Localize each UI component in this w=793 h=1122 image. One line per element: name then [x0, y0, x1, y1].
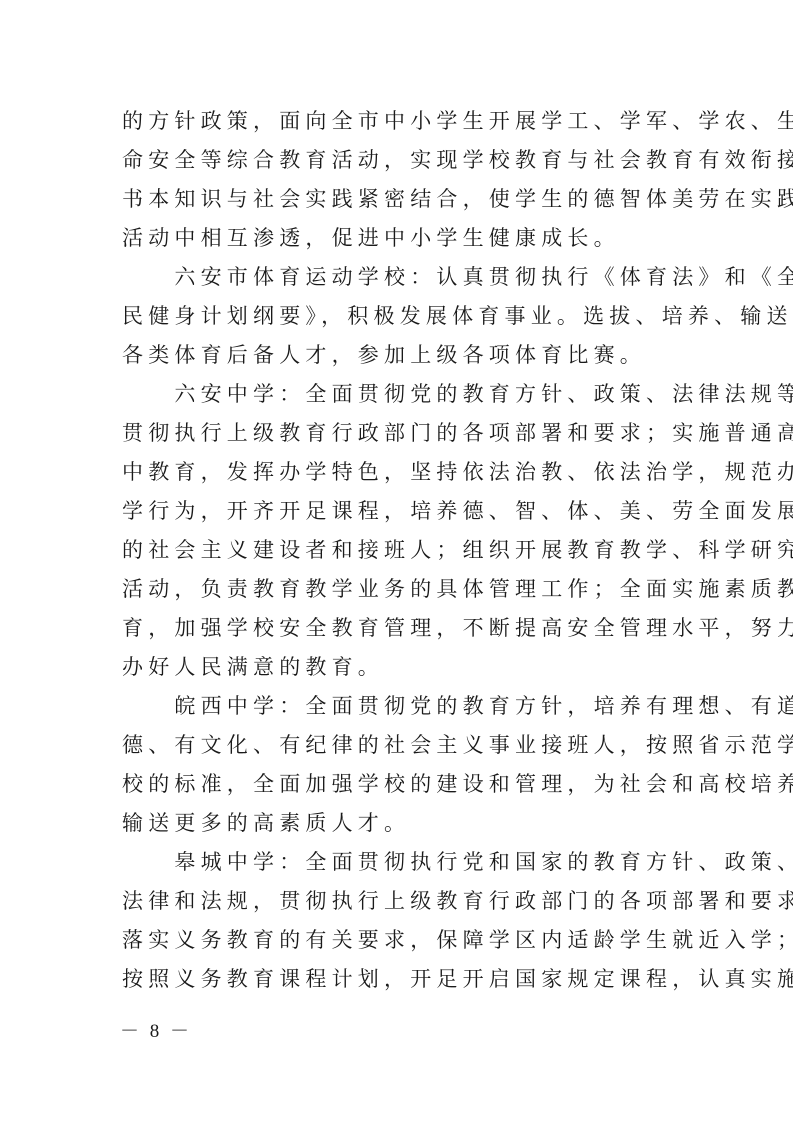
text-line: 的社会主义建设者和接班人；组织开展教育教学、科学研究 [122, 531, 678, 570]
text-line: 命安全等综合教育活动，实现学校教育与社会教育有效衔接， [122, 141, 678, 180]
text-line: 办好人民满意的教育。 [122, 648, 678, 687]
text-line: 落实义务教育的有关要求，保障学区内适龄学生就近入学； [122, 921, 678, 960]
paragraph-gaocheng-middle-school: 皋城中学：全面贯彻执行党和国家的教育方针、政策、 法律和法规，贯彻执行上级教育行… [122, 843, 678, 999]
text-line: 输送更多的高素质人才。 [122, 804, 678, 843]
text-line: 活动，负责教育教学业务的具体管理工作；全面实施素质教 [122, 570, 678, 609]
page-number: － 8 － [120, 1016, 192, 1043]
text-line: 六安中学：全面贯彻党的教育方针、政策、法律法规等， [122, 375, 678, 414]
paragraph-continuation: 的方针政策，面向全市中小学生开展学工、学军、学农、生 命安全等综合教育活动，实现… [122, 102, 678, 258]
text-line: 校的标准，全面加强学校的建设和管理，为社会和高校培养 [122, 765, 678, 804]
text-line: 的方针政策，面向全市中小学生开展学工、学军、学农、生 [122, 102, 678, 141]
text-line: 民健身计划纲要》，积极发展体育事业。选拔、培养、输送 [122, 297, 678, 336]
text-line: 德、有文化、有纪律的社会主义事业接班人，按照省示范学 [122, 726, 678, 765]
text-line: 按照义务教育课程计划，开足开启国家规定课程，认真实施 [122, 960, 678, 999]
text-line: 贯彻执行上级教育行政部门的各项部署和要求；实施普通高 [122, 414, 678, 453]
text-line: 各类体育后备人才，参加上级各项体育比赛。 [122, 336, 678, 375]
text-line: 书本知识与社会实践紧密结合，使学生的德智体美劳在实践 [122, 180, 678, 219]
paragraph-wanxi-middle-school: 皖西中学：全面贯彻党的教育方针，培养有理想、有道 德、有文化、有纪律的社会主义事… [122, 687, 678, 843]
text-line: 法律和法规，贯彻执行上级教育行政部门的各项部署和要求； [122, 882, 678, 921]
text-line: 皖西中学：全面贯彻党的教育方针，培养有理想、有道 [122, 687, 678, 726]
text-line: 六安市体育运动学校：认真贯彻执行《体育法》和《全 [122, 258, 678, 297]
text-line: 学行为，开齐开足课程，培养德、智、体、美、劳全面发展 [122, 492, 678, 531]
text-line: 育，加强学校安全教育管理，不断提高安全管理水平，努力 [122, 609, 678, 648]
document-page: 的方针政策，面向全市中小学生开展学工、学军、学农、生 命安全等综合教育活动，实现… [122, 102, 678, 999]
paragraph-liuan-sports-school: 六安市体育运动学校：认真贯彻执行《体育法》和《全 民健身计划纲要》，积极发展体育… [122, 258, 678, 375]
text-line: 活动中相互渗透，促进中小学生健康成长。 [122, 219, 678, 258]
text-line: 皋城中学：全面贯彻执行党和国家的教育方针、政策、 [122, 843, 678, 882]
paragraph-liuan-middle-school: 六安中学：全面贯彻党的教育方针、政策、法律法规等， 贯彻执行上级教育行政部门的各… [122, 375, 678, 687]
text-line: 中教育，发挥办学特色，坚持依法治教、依法治学，规范办 [122, 453, 678, 492]
